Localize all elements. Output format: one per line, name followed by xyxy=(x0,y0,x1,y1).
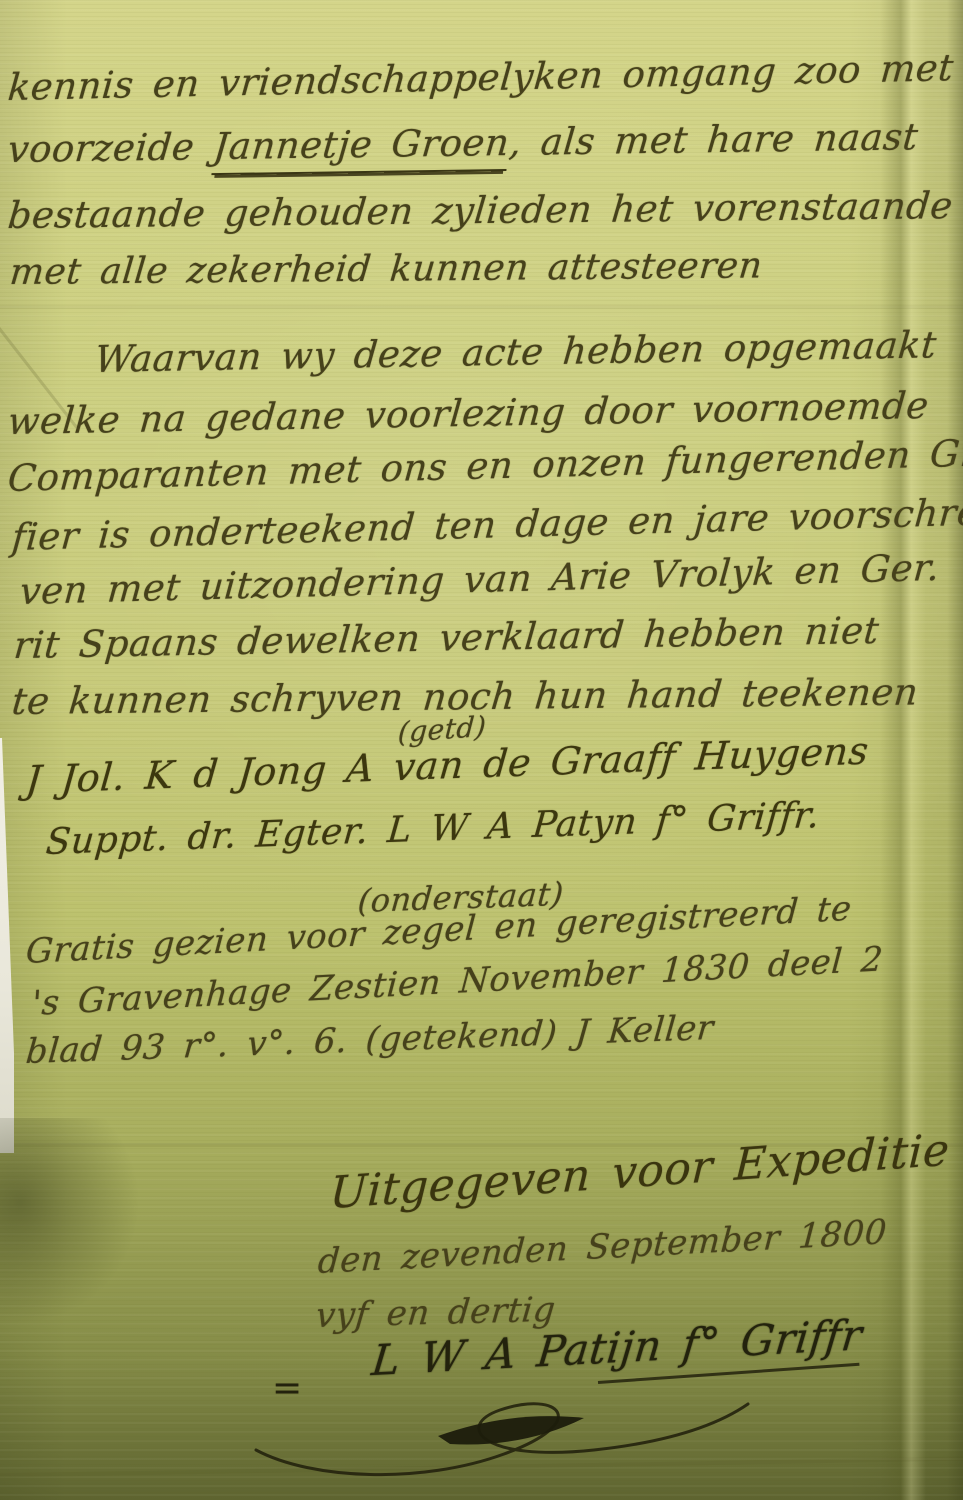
line-suffix: , als met hare naast xyxy=(507,115,920,164)
handwritten-line: bestaande gehouden zylieden het vorensta… xyxy=(6,184,955,237)
manuscript-photo: kennis en vriendschappelyken omgang zoo … xyxy=(0,0,963,1500)
expedition-title: Uitgegeven voor Expeditie xyxy=(329,1125,951,1220)
signatures-line: Suppt. dr. Egter. L W A Patyn f° Griffr. xyxy=(44,795,821,863)
handwritten-line: kennis en vriendschappelyken omgang zoo … xyxy=(6,46,955,109)
white-paper-strip xyxy=(0,738,14,1153)
underlined-name-jannetje-groen: Jannetje Groen xyxy=(211,121,511,175)
handwritten-line: welke na gedane voorlezing door voornoem… xyxy=(6,384,931,443)
horizontal-crease xyxy=(0,305,963,309)
handwritten-line: Waarvan wy deze acte hebben opgemaakt xyxy=(93,323,938,381)
handwritten-line: voorzeide Jannetje Groen, als met hare n… xyxy=(6,115,920,171)
strip-shadow xyxy=(0,1118,144,1328)
handwritten-line: met alle zekerheid kunnen attesteeren xyxy=(8,245,764,293)
line-prefix: voorzeide xyxy=(6,125,196,171)
handwritten-line: rit Spaans dewelken verklaard hebben nie… xyxy=(12,609,881,667)
signature-flourish xyxy=(242,1388,762,1498)
handwritten-line: ven met uitzondering van Arie Vrolyk en … xyxy=(18,546,941,613)
expedition-date-line: den zevenden September 1800 xyxy=(317,1212,889,1282)
handwritten-line: Comparanten met ons en onzen fungerenden… xyxy=(6,431,963,500)
